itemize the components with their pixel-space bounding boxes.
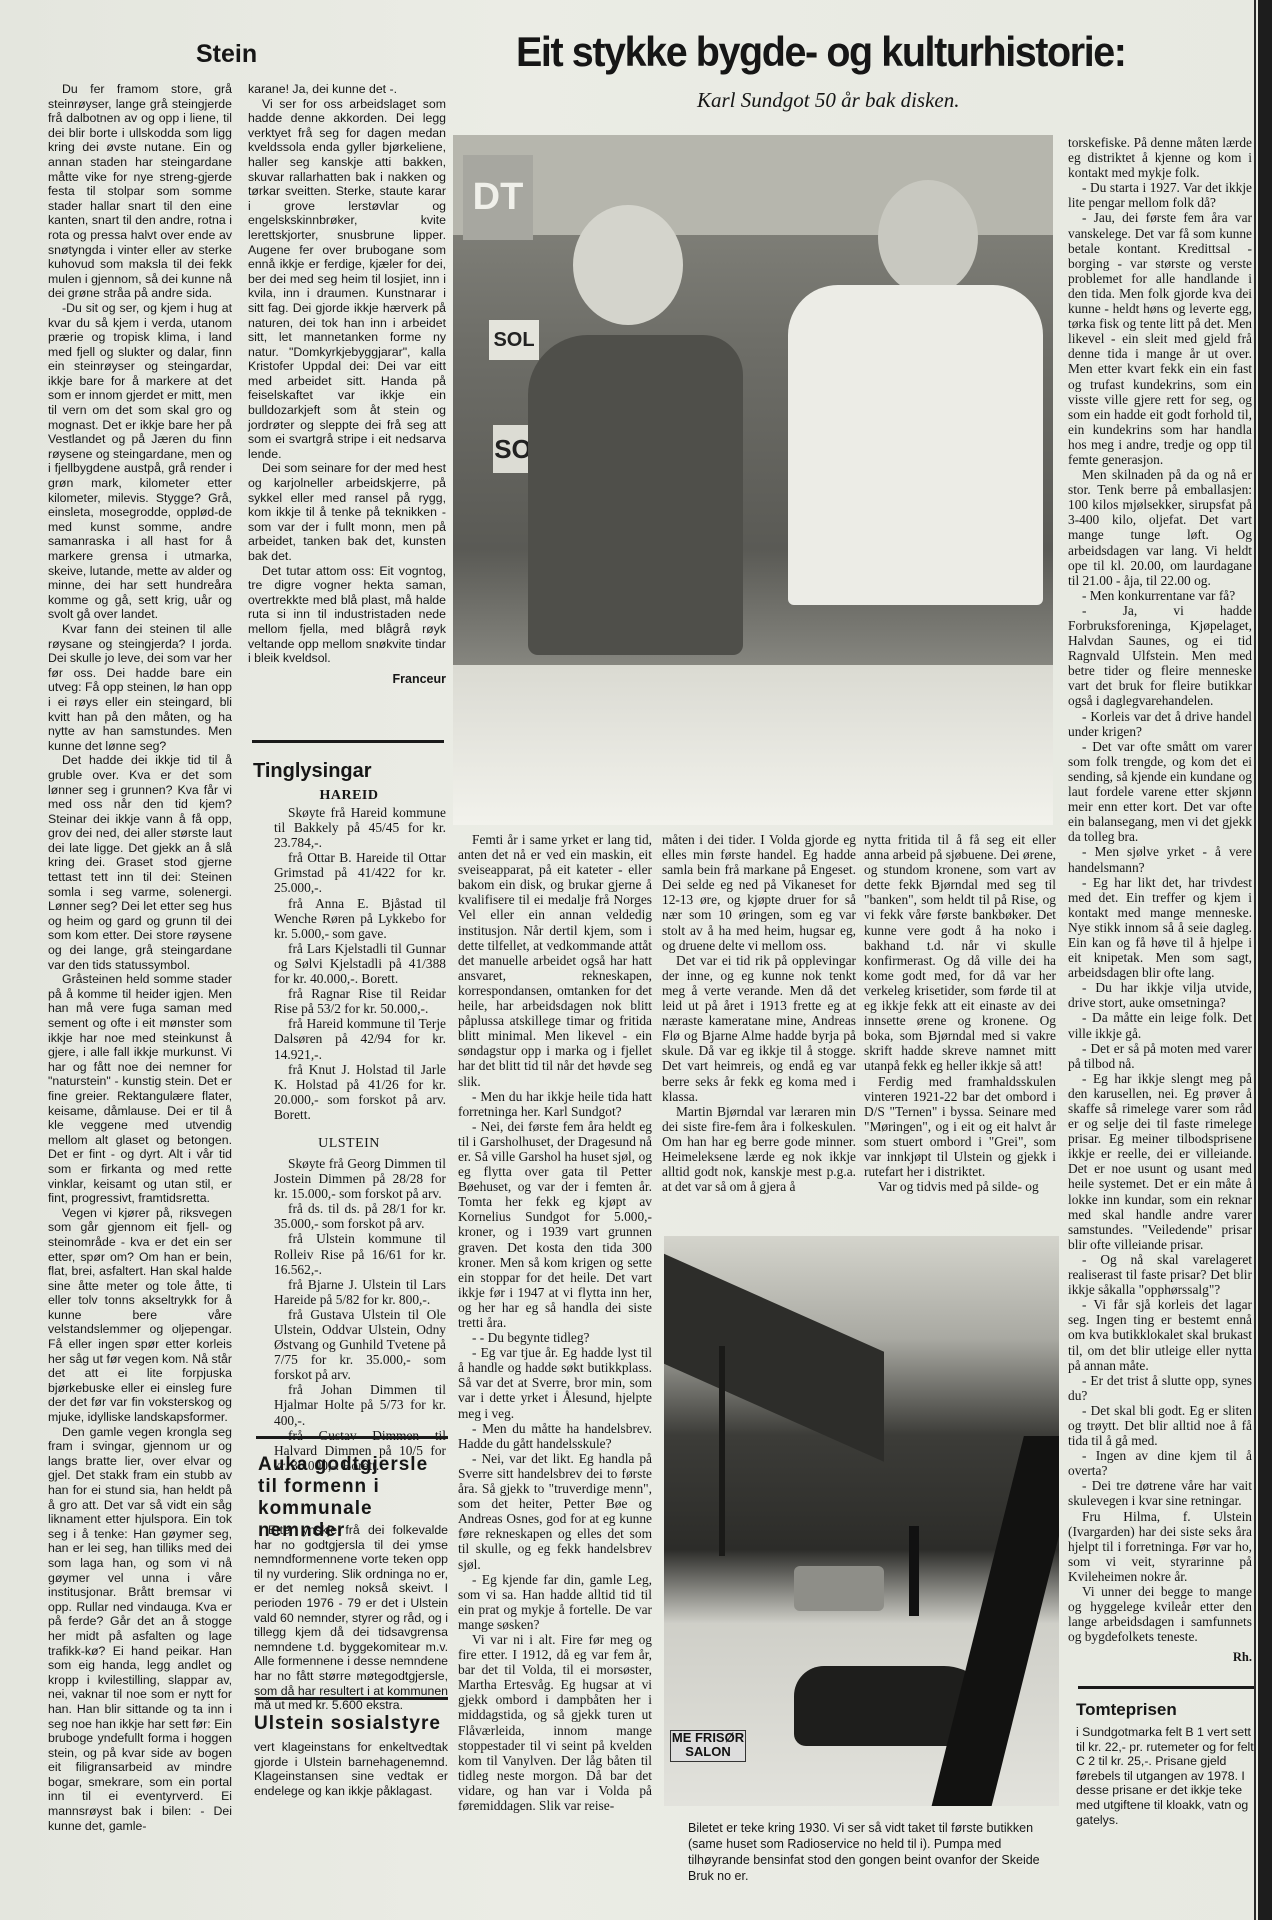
list-item: frå Hareid kommune til Terje Dalsøren på… (252, 1016, 446, 1061)
paragraph: Dei som seinare for der med hest og karj… (248, 461, 446, 563)
auka-body: Etter ynskje frå dei folkevalde har no g… (254, 1523, 448, 1713)
paragraph: Vi ser for oss arbeidslaget som hadde de… (248, 97, 446, 462)
list-item: frå Johan Dimmen til Hjalmar Holte på 5/… (252, 1382, 446, 1427)
paragraph: Den gamle vegen krongla seg fram i sving… (48, 1425, 232, 1834)
paragraph: - Men du måtte ha handelsbrev. Hadde du … (458, 1421, 652, 1451)
list-item: Skøyte frå Georg Dimmen til Jostein Dimm… (252, 1156, 446, 1201)
paragraph: - Nei, dei første fem åra heldt eg til i… (458, 1119, 652, 1330)
paragraph: Det tutar attom oss: Eit vogntog, tre di… (248, 564, 446, 666)
paragraph: Vi unner dei begge to mange og hyggelege… (1068, 1584, 1252, 1644)
list-item: frå Anna E. Bjåstad til Wenche Røren på … (252, 896, 446, 941)
paragraph: måten i dei tider. I Volda gjorde eg ell… (662, 832, 856, 953)
paragraph: Etter ynskje frå dei folkevalde har no g… (254, 1523, 448, 1713)
fuel-pump (909, 1526, 919, 1616)
paragraph: - Eg var tjue år. Eg hadde lyst til å ha… (458, 1345, 652, 1420)
paragraph: - Jau, dei første fem åra var vanskelege… (1068, 210, 1252, 467)
paragraph: Martin Bjørndal var læraren min dei sist… (662, 1104, 856, 1195)
paragraph: - Det var ofte smått om varer som folk t… (1068, 739, 1252, 845)
paragraph: karane! Ja, dei kunne det -. (248, 82, 446, 97)
frisor-salon-sign: ME FRISØR SALON (670, 1730, 746, 1762)
page-edge (1258, 0, 1272, 1920)
paragraph: Men skilnaden på da og nå er stor. Tenk … (1068, 467, 1252, 588)
tomteprisen-body: i Sundgotmarka felt B 1 vert sett til kr… (1076, 1725, 1254, 1827)
counter (453, 665, 1053, 825)
paragraph: i Sundgotmarka felt B 1 vert sett til kr… (1076, 1725, 1254, 1827)
paragraph: - Og nå skal varelageret realiserast til… (1068, 1252, 1252, 1297)
ulstein-heading: ULSTEIN (252, 1136, 446, 1152)
newspaper-page: Stein Du fer framom store, grå steinrøys… (0, 0, 1272, 1920)
paragraph: -Du sit og ser, og kjem i hug at kvar du… (48, 301, 232, 622)
paragraph: - Eg har ikkje slengt meg på den karusel… (1068, 1071, 1252, 1252)
paragraph: - - Du begynte tidleg? (458, 1330, 652, 1345)
sundgot-column-d: torskefiske. På denne måten lærde eg dis… (1068, 135, 1252, 1665)
paragraph: Det hadde dei ikkje tid til å gruble ove… (48, 753, 232, 972)
paragraph: - Ingen av dine kjem til å overta? (1068, 1448, 1252, 1478)
paragraph: - Du har ikkje vilja utvide, drive stort… (1068, 980, 1252, 1010)
paragraph: Ferdig med framhaldsskulen vinteren 1921… (864, 1074, 1056, 1180)
woman-head (573, 205, 683, 325)
porch-post (719, 1346, 725, 1556)
tinglysingar-list: HAREID Skøyte frå Hareid kommune til Bak… (252, 786, 446, 1473)
paragraph: - Er det trist å slutte opp, synes du? (1068, 1373, 1252, 1403)
sign-line-2: SALON (671, 1745, 745, 1759)
dt-sign: DT (463, 155, 533, 240)
sosialstyre-body: vert klageinstans for enkeltvedtak gjord… (254, 1740, 448, 1798)
divider (1078, 1686, 1256, 1689)
paragraph: Det var ei tid rik på opplevingar der in… (662, 953, 856, 1104)
paragraph: - Eg kjende far din, gamle Leg, som vi s… (458, 1572, 652, 1632)
woman-body (528, 335, 743, 655)
stein-column-2: karane! Ja, dei kunne det -. Vi ser for … (248, 82, 446, 686)
paragraph: - Da måtte ein leige folk. Det ville ikk… (1068, 1010, 1252, 1040)
so-sign: SO (493, 425, 533, 473)
paragraph: Gråsteinen held somme stader på å komme … (48, 972, 232, 1206)
paragraph: Var og tidvis med på silde- og (864, 1179, 1056, 1194)
list-item: frå Bjarne J. Ulstein til Lars Hareide p… (252, 1277, 446, 1307)
paragraph: Femti år i same yrket er lang tid, anten… (458, 832, 652, 1089)
paragraph: - Nei, var det likt. Eg handla på Sverre… (458, 1451, 652, 1572)
paragraph: - Du starta i 1927. Var det ikkje lite p… (1068, 180, 1252, 210)
main-subheadline: Karl Sundgot 50 år bak disken. (697, 88, 960, 113)
foreground-pole (924, 1436, 1059, 1806)
sundgot-column-c: nytta fritida til å få seg eit eller ann… (864, 832, 1056, 1194)
divider (256, 1436, 448, 1439)
list-item: frå Lars Kjelstadli til Gunnar og Sølvi … (252, 941, 446, 986)
stein-title: Stein (196, 40, 257, 69)
paragraph: - Ja, vi hadde Forbruksforeninga, Kjøpel… (1068, 603, 1252, 709)
paragraph: - Men konkurrentane var få? (1068, 588, 1252, 603)
paragraph: - Dei tre døtrene våre har vait skuleveg… (1068, 1478, 1252, 1508)
paragraph: Du fer framom store, grå steinrøyser, la… (48, 82, 232, 301)
paragraph: - Korleis var det å drive handel under k… (1068, 709, 1252, 739)
list-item: Skøyte frå Hareid kommune til Bakkely på… (252, 805, 446, 850)
paragraph: - Eg har likt det, har trivdest med det.… (1068, 875, 1252, 981)
paragraph: vert klageinstans for enkeltvedtak gjord… (254, 1740, 448, 1798)
paragraph: - Men sjølve yrket - å vere handelsmann? (1068, 844, 1252, 874)
divider (252, 740, 444, 743)
paragraph: Fru Hilma, f. Ulstein (Ivargarden) har d… (1068, 1509, 1252, 1584)
paragraph: nytta fritida til å få seg eit eller ann… (864, 832, 1056, 1074)
tinglysingar-title: Tinglysingar (253, 760, 372, 783)
photo-caption: Biletet er teke kring 1930. Vi ser så vi… (688, 1820, 1058, 1884)
paragraph: - Vi får sjå korleis det lagar seg. Inge… (1068, 1297, 1252, 1372)
paragraph: torskefiske. På denne måten lærde eg dis… (1068, 135, 1252, 180)
list-item: frå Gustava Ulstein til Ole Ulstein, Odd… (252, 1307, 446, 1382)
list-item: frå Knut J. Holstad til Jarle K. Holstad… (252, 1062, 446, 1122)
list-item: frå Ragnar Rise til Reidar Rise på 53/2 … (252, 986, 446, 1016)
historic-photo: ME FRISØR SALON (664, 1236, 1059, 1806)
sundgot-column-b: måten i dei tider. I Volda gjorde eg ell… (662, 832, 856, 1194)
divider (256, 1697, 448, 1700)
sol-sign: SOL (489, 320, 539, 360)
fuel-barrels (794, 1566, 884, 1611)
paragraph: Vegen vi kjører på, riksvegen som går gj… (48, 1206, 232, 1425)
list-item: frå Ottar B. Hareide til Ottar Grimstad … (252, 850, 446, 895)
stein-byline: Franceur (248, 672, 446, 686)
list-item: frå Ulstein kommune til Rolleiv Rise på … (252, 1231, 446, 1276)
paragraph: - Men du har ikkje heile tida hatt forre… (458, 1089, 652, 1119)
man-head (878, 180, 978, 295)
page-edge-line (1254, 0, 1256, 1920)
paragraph: - Det er så på moten med varer på tilbod… (1068, 1041, 1252, 1071)
list-item: frå ds. til ds. på 28/1 for kr. 35.000,-… (252, 1201, 446, 1231)
stein-column-1: Du fer framom store, grå steinrøyser, la… (48, 82, 232, 1833)
paragraph: Vi var ni i alt. Fire før meg og fire et… (458, 1632, 652, 1813)
man-white-coat (788, 285, 1043, 605)
paragraph: - Det skal bli godt. Eg er sliten og trø… (1068, 1403, 1252, 1448)
paragraph: Kvar fann dei steinen til alle røysane o… (48, 622, 232, 753)
tomteprisen-title: Tomteprisen (1076, 1700, 1177, 1720)
hareid-heading: HAREID (252, 788, 446, 804)
shop-photo: DT SOL SO (453, 135, 1053, 825)
roof-eave (664, 1236, 884, 1462)
sundgot-byline: Rh. (1068, 1650, 1252, 1665)
sundgot-column-a: Femti år i same yrket er lang tid, anten… (458, 832, 652, 1813)
sign-line-1: ME FRISØR (671, 1731, 745, 1745)
sosialstyre-title: Ulstein sosialstyre (254, 1713, 452, 1735)
main-headline: Eit stykke bygde- og kulturhistorie: (516, 28, 1126, 76)
